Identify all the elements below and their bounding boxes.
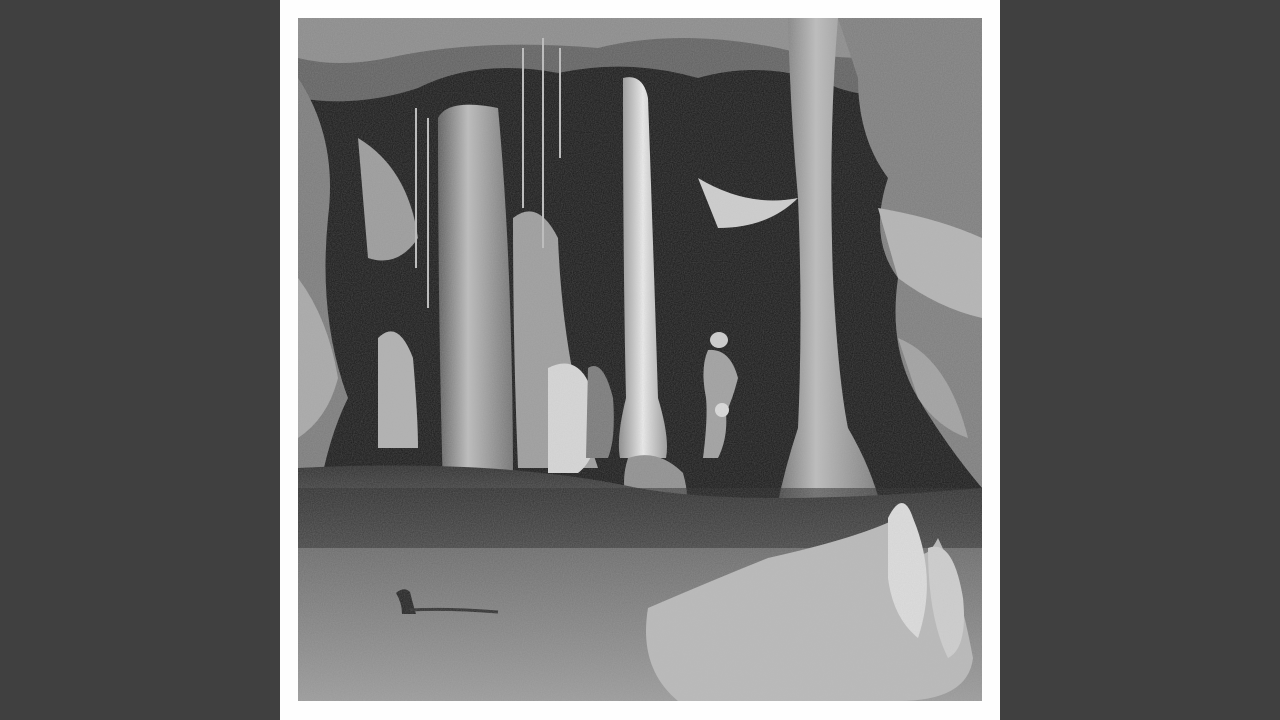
cave-scene — [298, 18, 982, 701]
cave-photograph — [298, 18, 982, 701]
